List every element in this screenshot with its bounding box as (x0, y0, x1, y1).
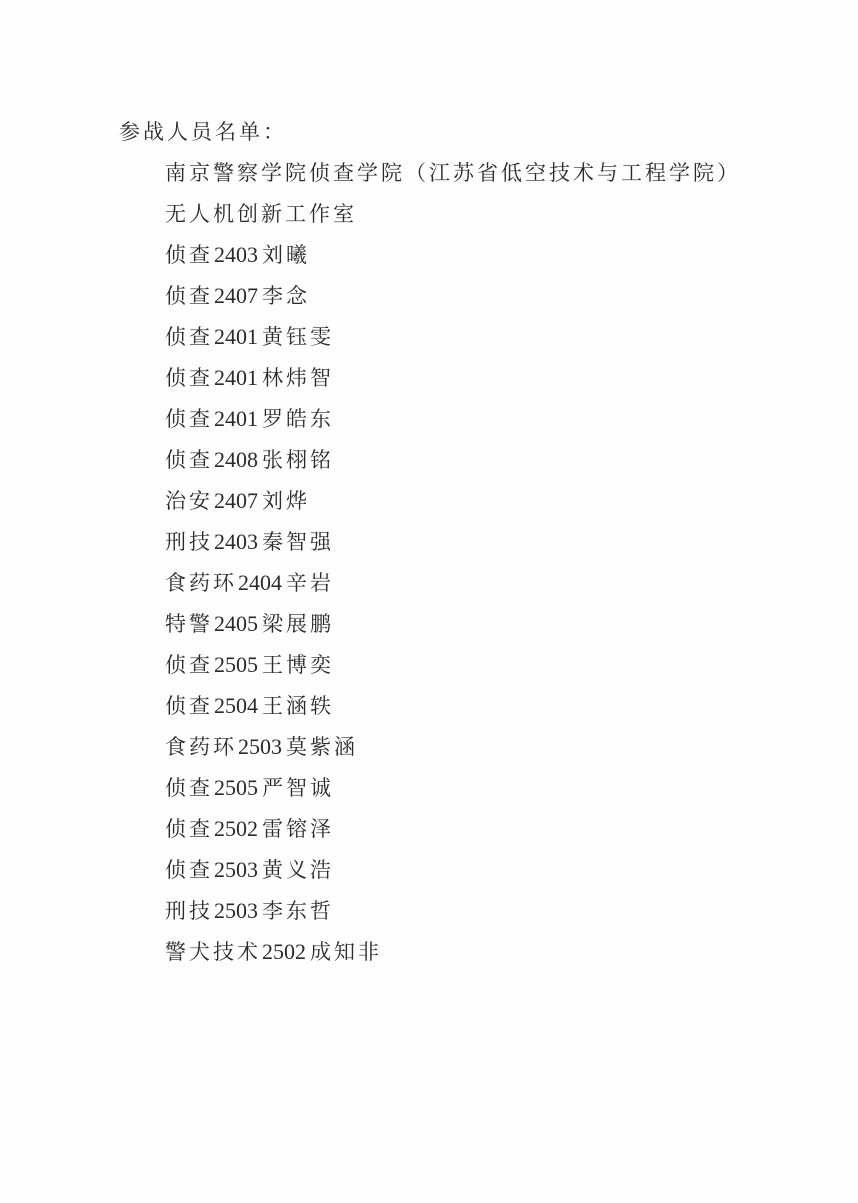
member-class: 2505 (214, 652, 258, 677)
member-major: 侦查 (165, 776, 213, 800)
member-class: 2401 (214, 406, 258, 431)
member-class: 2407 (214, 283, 258, 308)
list-item: 特警2405梁展鹏 (165, 609, 741, 650)
list-item: 治安2407刘烨 (165, 486, 741, 527)
member-major: 刑技 (165, 530, 213, 554)
member-name: 刘曦 (262, 243, 310, 267)
member-major: 侦查 (165, 284, 213, 308)
member-class: 2502 (262, 939, 306, 964)
member-major: 侦查 (165, 366, 213, 390)
organization-line: 南京警察学院侦查学院（江苏省低空技术与工程学院） (165, 158, 741, 199)
member-name: 辛岩 (286, 571, 334, 595)
organization-line: 无人机创新工作室 (165, 199, 741, 240)
list-item: 警犬技术2502成知非 (165, 937, 741, 978)
member-class: 2408 (214, 447, 258, 472)
list-item: 侦查2505王博奕 (165, 650, 741, 691)
member-name: 刘烨 (262, 489, 310, 513)
member-name: 黄义浩 (262, 858, 334, 882)
member-class: 2505 (214, 775, 258, 800)
member-class: 2407 (214, 488, 258, 513)
list-item: 侦查2401罗皓东 (165, 404, 741, 445)
list-item: 侦查2401黄钰雯 (165, 322, 741, 363)
member-name: 张栩铭 (262, 448, 334, 472)
member-major: 食药环 (165, 571, 237, 595)
member-major: 侦查 (165, 694, 213, 718)
member-class: 2503 (238, 734, 282, 759)
list-item: 侦查2408张栩铭 (165, 445, 741, 486)
member-name: 罗皓东 (262, 407, 334, 431)
member-name: 雷镕泽 (262, 817, 334, 841)
member-class: 2404 (238, 570, 282, 595)
member-class: 2502 (214, 816, 258, 841)
member-name: 梁展鹏 (262, 612, 334, 636)
member-name: 黄钰雯 (262, 325, 334, 349)
studio-name: 无人机创新工作室 (165, 202, 357, 226)
member-class: 2403 (214, 242, 258, 267)
member-name: 秦智强 (262, 530, 334, 554)
member-major: 侦查 (165, 817, 213, 841)
list-item: 侦查2504王涵轶 (165, 691, 741, 732)
list-item: 刑技2503李东哲 (165, 896, 741, 937)
list-item: 侦查2502雷镕泽 (165, 814, 741, 855)
member-major: 刑技 (165, 899, 213, 923)
list-item: 侦查2407李念 (165, 281, 741, 322)
participant-list: 南京警察学院侦查学院（江苏省低空技术与工程学院） 无人机创新工作室 侦查2403… (165, 158, 741, 978)
member-class: 2403 (214, 529, 258, 554)
member-major: 侦查 (165, 407, 213, 431)
member-major: 警犬技术 (165, 940, 261, 964)
member-major: 侦查 (165, 858, 213, 882)
member-major: 食药环 (165, 735, 237, 759)
member-major: 侦查 (165, 325, 213, 349)
member-class: 2503 (214, 898, 258, 923)
member-name: 林炜智 (262, 366, 334, 390)
list-heading: 参战人员名单： (119, 117, 287, 147)
list-item: 食药环2503莫紫涵 (165, 732, 741, 773)
list-item: 侦查2503黄义浩 (165, 855, 741, 896)
member-major: 侦查 (165, 653, 213, 677)
member-major: 侦查 (165, 448, 213, 472)
list-item: 刑技2403秦智强 (165, 527, 741, 568)
list-item: 食药环2404辛岩 (165, 568, 741, 609)
list-item: 侦查2401林炜智 (165, 363, 741, 404)
document-page: 参战人员名单： 南京警察学院侦查学院（江苏省低空技术与工程学院） 无人机创新工作… (0, 0, 858, 1203)
member-class: 2405 (214, 611, 258, 636)
member-name: 李东哲 (262, 899, 334, 923)
member-class: 2401 (214, 365, 258, 390)
organization-name: 南京警察学院侦查学院（江苏省低空技术与工程学院） (165, 161, 741, 185)
member-major: 侦查 (165, 243, 213, 267)
member-name: 王涵轶 (262, 694, 334, 718)
member-name: 莫紫涵 (286, 735, 358, 759)
member-class: 2401 (214, 324, 258, 349)
member-name: 李念 (262, 284, 310, 308)
member-class: 2504 (214, 693, 258, 718)
list-item: 侦查2403刘曦 (165, 240, 741, 281)
member-major: 治安 (165, 489, 213, 513)
member-name: 成知非 (310, 940, 382, 964)
member-class: 2503 (214, 857, 258, 882)
member-major: 特警 (165, 612, 213, 636)
member-name: 严智诚 (262, 776, 334, 800)
member-name: 王博奕 (262, 653, 334, 677)
list-item: 侦查2505严智诚 (165, 773, 741, 814)
